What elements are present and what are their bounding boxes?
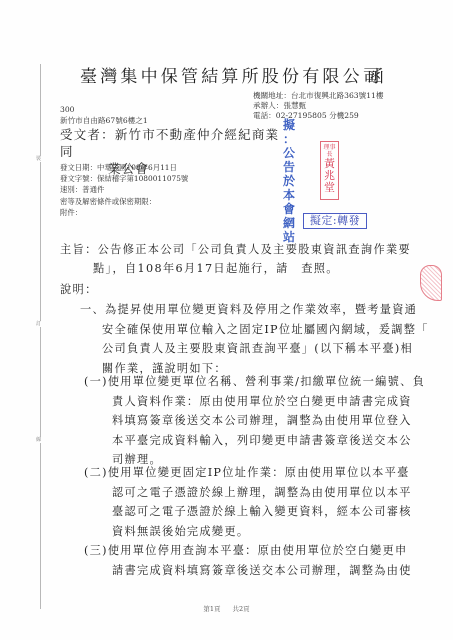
note-char: 於 <box>282 174 296 188</box>
delivery-speed: 速別：普通件 <box>60 184 188 195</box>
page-footer: 第1頁共2頁 <box>0 604 453 613</box>
note-char: 會 <box>282 202 296 216</box>
document-number: 發文字號：保結稽字第1080011075號 <box>60 173 188 184</box>
sub-item-line: 責人資料作業：原由使用單位於空白變更申請書完成資 <box>84 392 425 412</box>
agency-address: 機關地址：台北市復興北路363號11樓 <box>253 91 383 101</box>
sub-item-3: (三)使用單位停用查詢本平臺：原由使用單位於空白變更申 請書完成資料填寫簽章後送… <box>84 541 412 580</box>
document-title: 臺灣集中保管結算所股份有限公司 <box>80 62 383 87</box>
note-char: ： <box>282 132 296 146</box>
explanation-label: 說明： <box>60 281 98 297</box>
paragraph-line: 公司負責人及主要股東資訊查詢平臺」(以下稱本平臺)相 <box>80 339 429 359</box>
note-char: 網 <box>282 216 296 230</box>
attachments: 附件： <box>60 207 188 218</box>
sub-item-line: (二)使用單位變更固定IP位址作業：原由使用單位以本平臺 <box>84 466 410 479</box>
binding-line <box>40 64 41 609</box>
document-meta: 發文日期：中華民國108年6月11日 發文字號：保結稽字第1080011075號… <box>60 162 188 218</box>
sub-item-line: 料填寫簽章後送交本公司辦理，調整為由使用單位登入 <box>84 411 425 431</box>
contact-info: 機關地址：台北市復興北路363號11樓 承辦人：張慧甄 電話：02-271958… <box>253 91 383 121</box>
recipient-address: 300 新竹市自由路67號6樓之1 <box>60 104 148 126</box>
partial-seal-icon <box>420 265 442 301</box>
paragraph-1: 一、為提昇使用單位變更資料及停用之作業效率，暨考量資通 安全確保使用單位輸入之固… <box>80 300 429 378</box>
page-number: 第1頁 <box>203 605 220 613</box>
sub-item-line: 本平臺完成資料輸入，列印變更申請書簽章後送交本公 <box>84 431 425 451</box>
seal-title: 理事長 <box>323 144 335 158</box>
note-char: 公 <box>282 146 296 160</box>
sub-item-line: (三)使用單位停用查詢本平臺：原由使用單位於空白變更申 <box>84 544 408 557</box>
paragraph-line: 一、為提昇使用單位變更資料及停用之作業效率，暨考量資通 <box>80 303 417 316</box>
sub-item-1: (一)使用單位變更單位名稱、營利事業/扣繳單位統一編號、負 責人資料作業：原由使… <box>84 372 425 470</box>
handler: 承辦人：張慧甄 <box>253 101 383 111</box>
sub-item-line: 臺認可之電子憑證於線上輸入變更資料，經本公司審核 <box>84 502 412 522</box>
document-page: 裝 訂 線 臺灣集中保管結算所股份有限公司 函 機關地址：台北市復興北路363號… <box>0 0 453 640</box>
decision-stamp: 擬定:轉發 <box>303 213 367 229</box>
note-char: 本 <box>282 188 296 202</box>
street-address: 新竹市自由路67號6樓之1 <box>60 115 148 126</box>
sub-item-line: 認可之電子憑證於線上辦理，調整為由使用單位以本平 <box>84 483 412 503</box>
note-char: 告 <box>282 160 296 174</box>
postal-code: 300 <box>60 104 148 115</box>
binding-mark: 線 <box>36 437 41 443</box>
page-total: 共2頁 <box>233 605 250 613</box>
subject-line2: 點」，自108年6月17日起施行，請 查照。 <box>60 259 411 278</box>
subject: 主旨：公告修正本公司「公司負責人及主要股東資訊查詢作業要 點」，自108年6月1… <box>60 240 411 278</box>
sub-item-line: 資料無誤後始完成變更。 <box>84 522 412 542</box>
recipient-label: 受文者： <box>60 127 115 142</box>
handwritten-note: 擬 ： 公 告 於 本 會 網 站 <box>282 118 296 244</box>
subject-line1: 公告修正本公司「公司負責人及主要股東資訊查詢作業要 <box>98 243 411 256</box>
issue-date: 發文日期：中華民國108年6月11日 <box>60 162 188 173</box>
binding-mark: 訂 <box>36 321 41 327</box>
phone: 電話：02-27195805 分機259 <box>253 111 383 121</box>
document-type: 函 <box>367 62 384 87</box>
sub-item-2: (二)使用單位變更固定IP位址作業：原由使用單位以本平臺 認可之電子憑證於線上辦… <box>84 463 412 541</box>
subject-label: 主旨： <box>60 243 98 256</box>
chairman-seal: 理事長 黃 兆 堂 <box>320 141 339 200</box>
sub-item-line: (一)使用單位變更單位名稱、營利事業/扣繳單位統一編號、負 <box>84 375 425 388</box>
security-level: 密等及解密條件或保密期限： <box>60 196 188 207</box>
note-char: 擬 <box>282 118 296 132</box>
seal-char: 堂 <box>321 182 338 194</box>
paragraph-line: 安全確保使用單位輸入之固定IP位址屬國內網域，爰調整「 <box>80 320 429 340</box>
binding-mark: 裝 <box>36 156 41 162</box>
sub-item-line: 請書完成資料填寫簽章後送交本公司辦理，調整為由使 <box>84 561 412 581</box>
